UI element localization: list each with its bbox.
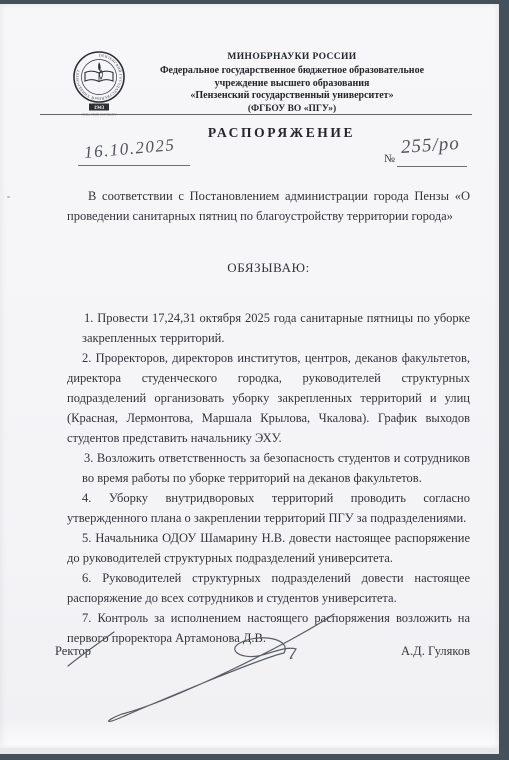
scan-speck	[7, 196, 10, 198]
handwritten-signature	[58, 600, 358, 730]
intro-paragraph: В соответствии с Постановлением админист…	[67, 186, 470, 226]
order-item-4: 4. Уборку внутридворовых территорий пров…	[67, 488, 470, 528]
order-items: 1. Провести 17,24,31 октября 2025 года с…	[67, 308, 470, 648]
org-abbr: (ФГБОУ ВО «ПГУ»)	[112, 103, 472, 115]
org-name: «Пензенский государственный университет»	[112, 90, 472, 103]
signer-name: А.Д. Гуляков	[401, 644, 470, 659]
org-line-2: учреждение высшего образования	[112, 78, 472, 91]
letterhead-divider	[40, 114, 472, 115]
org-line-1: Федеральное государственное бюджетное об…	[112, 65, 472, 78]
scanned-order-page: { "letterhead": { "line1": "МИНОБРНАУКИ …	[0, 0, 509, 760]
order-item-2: 2. Проректоров, директоров институтов, ц…	[67, 348, 470, 448]
document-page: ПЕНЗЕНСКИЙ ГОСУДАРСТВЕННЫЙ УНИВЕРСИТЕТ 1…	[0, 4, 499, 748]
order-item-1: 1. Провести 17,24,31 октября 2025 года с…	[82, 308, 470, 348]
document-body: В соответствии с Постановлением админист…	[67, 186, 470, 648]
date-underline	[78, 165, 190, 166]
signature-cross-stroke	[68, 632, 114, 666]
order-item-3: 3. Возложить ответственность за безопасн…	[82, 448, 470, 488]
signature-flourish	[109, 614, 335, 721]
handwritten-number: 255/ро	[400, 133, 460, 159]
ministry-line: МИНОБРНАУКИ РОССИИ	[112, 52, 472, 62]
order-item-5: 5. Начальника ОДОУ Шамарину Н.В. довести…	[67, 528, 470, 568]
directive-word: ОБЯЗЫВАЮ:	[67, 258, 470, 278]
flame-icon	[98, 62, 101, 71]
number-underline	[397, 166, 467, 167]
letterhead: МИНОБРНАУКИ РОССИИ Федеральное государст…	[112, 52, 472, 115]
number-label: №	[384, 153, 395, 165]
emblem-year: 1943	[94, 105, 105, 111]
scan-edge-gap	[0, 748, 499, 754]
